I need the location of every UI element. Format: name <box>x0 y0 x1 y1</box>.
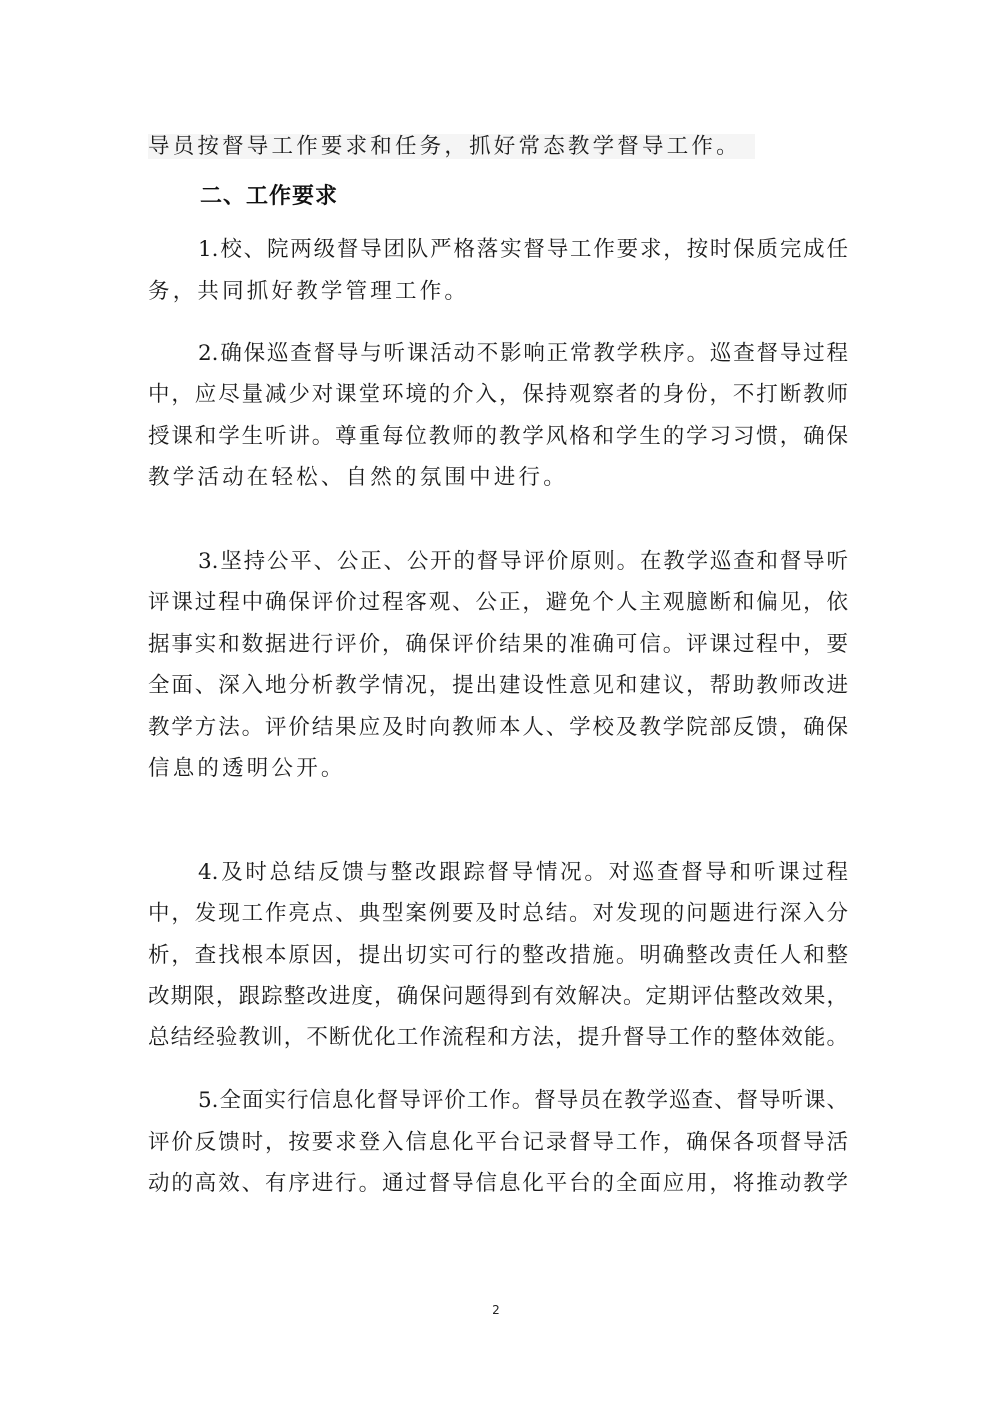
paragraph-line: 析，查找根本原因，提出切实可行的整改措施。明确整改责任人和整 <box>148 941 848 971</box>
paragraph-line: 4.及时总结反馈与整改跟踪督导情况。对巡查督导和听课过程 <box>198 858 848 888</box>
page-number: 2 <box>0 1303 992 1317</box>
paragraph-line: 改期限，跟踪整改进度，确保问题得到有效解决。定期评估整改效果， <box>148 982 848 1012</box>
paragraph-line: 2.确保巡查督导与听课活动不影响正常教学秩序。巡查督导过程 <box>198 339 848 369</box>
paragraph-line: 信息的透明公开。 <box>148 754 848 784</box>
paragraph-line: 评课过程中确保评价过程客观、公正，避免个人主观臆断和偏见，依 <box>148 588 848 618</box>
paragraph-line: 3.坚持公平、公正、公开的督导评价原则。在教学巡查和督导听 <box>198 547 848 577</box>
paragraph-line: 总结经验教训，不断优化工作流程和方法，提升督导工作的整体效能。 <box>148 1023 848 1053</box>
paragraph-line: 中，应尽量减少对课堂环境的介入，保持观察者的身份，不打断教师 <box>148 380 848 410</box>
paragraph-line: 1.校、院两级督导团队严格落实督导工作要求，按时保质完成任 <box>198 235 848 265</box>
document-page: 导员按督导工作要求和任务，抓好常态教学督导工作。 二、工作要求 1.校、院两级督… <box>0 0 992 1403</box>
intro-line-text: 导员按督导工作要求和任务，抓好常态教学督导工作。 <box>148 134 755 159</box>
paragraph-line: 评价反馈时，按要求登入信息化平台记录督导工作，确保各项督导活 <box>148 1128 848 1158</box>
paragraph-line: 据事实和数据进行评价，确保评价结果的准确可信。评课过程中，要 <box>148 630 848 660</box>
paragraph-line: 全面、深入地分析教学情况，提出建设性意见和建议，帮助教师改进 <box>148 671 848 701</box>
paragraph-line: 授课和学生听讲。尊重每位教师的教学风格和学生的学习习惯，确保 <box>148 422 848 452</box>
paragraph-line: 务，共同抓好教学管理工作。 <box>148 277 848 307</box>
paragraph-line: 5.全面实行信息化督导评价工作。督导员在教学巡查、督导听课、 <box>198 1086 848 1116</box>
paragraph-line: 教学活动在轻松、自然的氛围中进行。 <box>148 463 848 493</box>
paragraph-line: 中，发现工作亮点、典型案例要及时总结。对发现的问题进行深入分 <box>148 899 848 929</box>
intro-line: 导员按督导工作要求和任务，抓好常态教学督导工作。 <box>148 132 848 162</box>
paragraph-line: 动的高效、有序进行。通过督导信息化平台的全面应用，将推动教学 <box>148 1169 848 1199</box>
section-heading: 二、工作要求 <box>200 182 338 212</box>
paragraph-line: 教学方法。评价结果应及时向教师本人、学校及教学院部反馈，确保 <box>148 713 848 743</box>
